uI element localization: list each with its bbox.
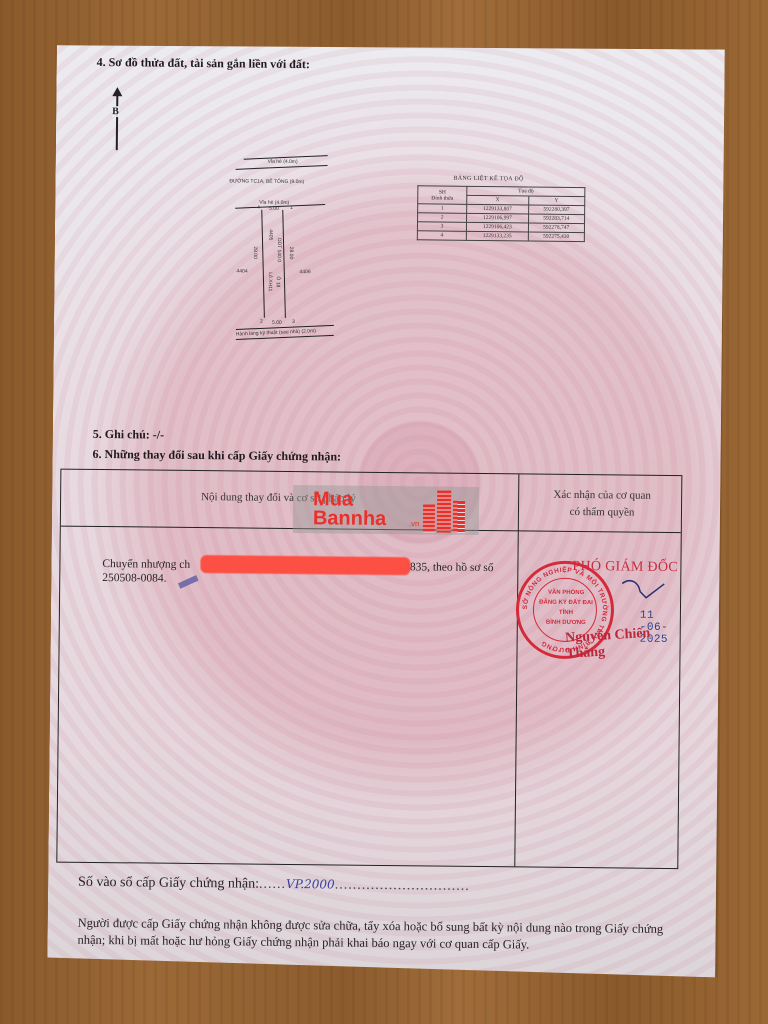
redaction-mark (200, 555, 410, 575)
site-plan: Vỉa hè (4.0m) ĐƯỜNG TC1A, BÊ TÔNG (9.0m)… (204, 154, 406, 356)
left-length: 28.00 (252, 246, 258, 259)
building-icon (453, 501, 465, 533)
building-icon (437, 491, 451, 533)
register-number-line: Số vào sổ cấp Giấy chứng nhận:......VP.2… (78, 875, 470, 895)
cell-sh: 1 (418, 204, 467, 214)
parcel-number: 4405 (267, 229, 273, 240)
section-5-title: 5. Ghi chú: (93, 427, 150, 442)
column-divider (514, 474, 519, 866)
road-label: ĐƯỜNG TC1A, BÊ TÔNG (9.0m) (229, 178, 304, 185)
back-width: 5.00 (272, 320, 282, 326)
vertex-3: 3 (292, 319, 295, 325)
right-length: 28.00 (288, 247, 294, 260)
change-entry-file-number: 250508-0084. (102, 572, 166, 585)
north-arrow-icon (116, 95, 119, 150)
vertex-1: 1 (290, 205, 293, 211)
change-entry-suffix: 3835, theo hồ sơ số (404, 561, 494, 574)
building-icon (423, 504, 435, 532)
watermark-suffix: .vn (409, 519, 420, 528)
cell-sh: 4 (417, 231, 466, 241)
road-edge-line (236, 165, 328, 170)
coord-table-title: BẢNG LIỆT KÊ TỌA ĐỘ (453, 176, 523, 183)
neighbor-right: 4406 (299, 269, 310, 275)
neighbor-left: 4404 (236, 268, 247, 274)
section-5: 5. Ghi chú: -/- (93, 427, 164, 443)
coord-header-vertex: SHĐỉnh thửa (418, 186, 467, 205)
authority-header-line2: có thẩm quyền (527, 503, 677, 522)
initials-mark (178, 575, 199, 589)
register-label: Số vào sổ cấp Giấy chứng nhận: (78, 875, 259, 892)
authority-header-line1: Xác nhận của cơ quan (527, 486, 677, 505)
parcel-left-edge (261, 210, 265, 318)
vertex-2: 2 (260, 319, 263, 325)
section-4-title: 4. Sơ đồ thửa đất, tài sản gắn liền với … (97, 55, 310, 72)
cell-x: 1229133,235 (466, 231, 528, 241)
parcel-type: ODT 140.0 (276, 238, 282, 262)
legal-notice: Người được cấp Giấy chứng nhận không đượ… (77, 915, 687, 955)
coord-table: SHĐỉnh thửa Tọa độ X Y 1 1229133,807 592… (417, 185, 586, 242)
front-width: 5.00 (269, 206, 279, 212)
section-6-title: 6. Những thay đổi sau khi cấp Giấy chứng… (92, 447, 341, 465)
parcel-right-edge (282, 210, 286, 318)
cell-sh: 3 (417, 222, 466, 232)
signature-icon (620, 575, 666, 605)
signer-name: Nguyễn Chiến Thắng (565, 624, 681, 663)
table-row: 4 1229133,235 592275,430 (417, 231, 584, 242)
cell-y: 592275,430 (528, 232, 585, 242)
north-label: B (112, 106, 119, 117)
section-5-value: -/- (153, 428, 164, 442)
vertex-4: 4 (257, 205, 260, 211)
lot-sub-label: Ô 18 (275, 276, 281, 287)
watermark-line2: Bannha (313, 508, 387, 529)
seal-center-text: VĂN PHÒNG ĐĂNG KÝ ĐẤT ĐAI TỈNH BÌNH DƯƠN… (529, 588, 603, 629)
cell-sh: 2 (418, 213, 467, 223)
signer-title: PHÓ GIÁM ĐỐC (572, 559, 678, 576)
watermark-logo: Mua Bannha .vn (293, 485, 479, 535)
change-entry-prefix: Chuyển nhượng ch (102, 558, 190, 571)
changes-header-authority: Xác nhận của cơ quan có thẩm quyền (527, 486, 677, 522)
top-sidewalk-label: Vỉa hè (4.0m) (268, 159, 298, 165)
register-value: VP.2000 (286, 877, 335, 892)
land-certificate-page: 4. Sơ đồ thửa đất, tài sản gắn liền với … (47, 43, 725, 978)
lot-label: Lô XH11 (267, 272, 273, 291)
